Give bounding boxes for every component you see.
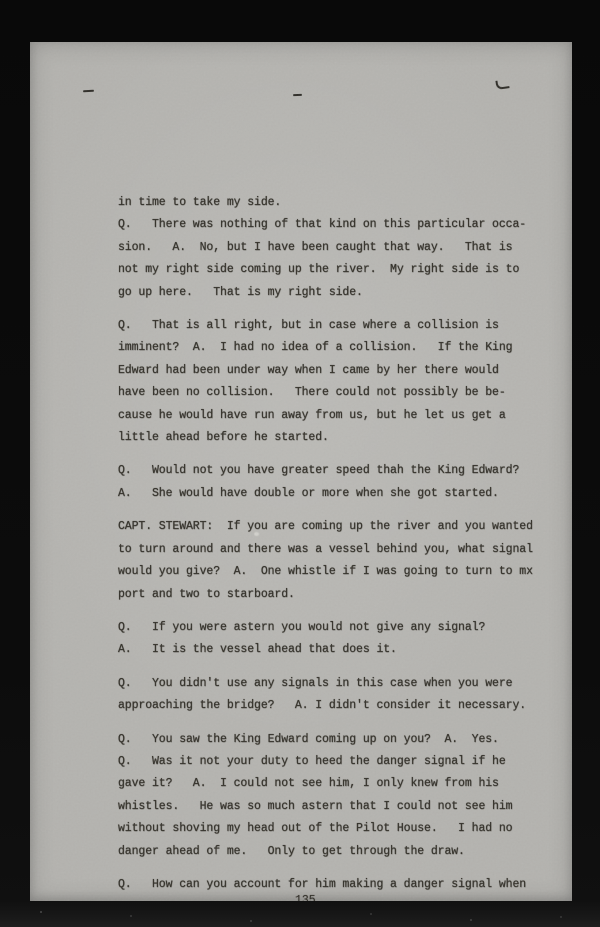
pencil-curve-mark <box>495 79 509 90</box>
paragraph: Q. If you were astern you would not give… <box>118 617 558 662</box>
paragraph: Q. Would not you have greater speed thah… <box>118 460 558 505</box>
paragraph: in time to take my side. Q. There was no… <box>118 192 558 304</box>
document-page: in time to take my side. Q. There was no… <box>30 42 572 902</box>
paragraph: CAPT. STEWART: If you are coming up the … <box>118 516 558 606</box>
paragraph: Q. You saw the King Edward coming up on … <box>118 729 558 863</box>
scanner-bed <box>0 901 600 927</box>
pencil-dash-mark <box>293 94 302 96</box>
dust-speck <box>40 911 42 913</box>
paragraph: Q. You didn't use any signals in this ca… <box>118 673 558 718</box>
scan-background: in time to take my side. Q. There was no… <box>0 0 600 927</box>
paragraph: Q. How can you account for him making a … <box>118 874 558 896</box>
paragraph: Q. That is all right, but in case where … <box>118 315 558 449</box>
pencil-dash-mark <box>83 90 94 93</box>
transcript: in time to take my side. Q. There was no… <box>118 192 558 902</box>
